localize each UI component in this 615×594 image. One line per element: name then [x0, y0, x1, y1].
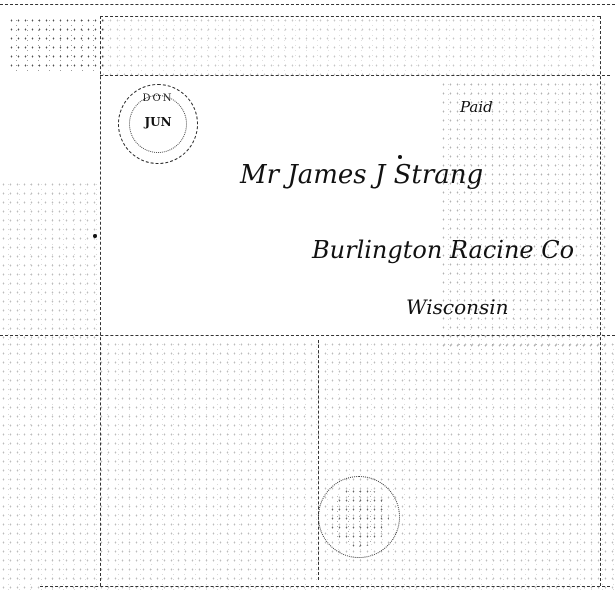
fold-line-center — [318, 340, 319, 580]
envelope-flap — [8, 16, 104, 72]
scan-noise-bottom — [0, 340, 615, 590]
wax-seal-mark — [318, 476, 400, 558]
fold-line-upper — [100, 16, 600, 17]
fold-line-right — [600, 16, 601, 586]
scan-noise-left — [0, 180, 100, 340]
postmark-stamp: DON JUN — [118, 84, 198, 164]
fold-line-middle — [0, 335, 615, 336]
postmark-month: JUN — [119, 115, 197, 129]
address-city-county: Burlington Racine Co — [312, 236, 574, 264]
rate-marking: Paid — [460, 98, 493, 116]
addressee-name: Mr James J Strang — [240, 160, 483, 190]
fold-line-bottom — [40, 586, 610, 587]
ink-dot — [93, 234, 97, 238]
fold-line-top — [0, 4, 615, 5]
fold-line-under-flap — [100, 75, 610, 76]
address-state: Wisconsin — [406, 295, 509, 319]
ink-dot — [398, 155, 402, 159]
scan-noise-top — [100, 16, 600, 76]
scanned-envelope: DON JUN Paid Mr James J Strang Burlingto… — [0, 0, 615, 594]
fold-line-left — [100, 16, 101, 586]
postmark-town: DON — [119, 93, 197, 104]
